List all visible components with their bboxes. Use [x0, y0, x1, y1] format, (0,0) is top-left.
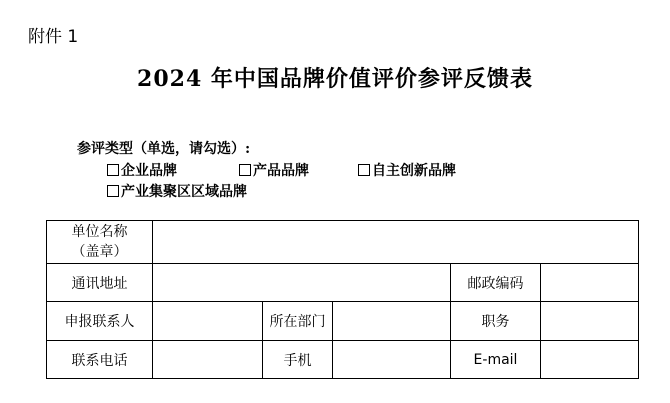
postcode-field[interactable] [541, 264, 639, 302]
phone-field[interactable] [153, 341, 263, 379]
email-label: E-mail [451, 341, 541, 379]
option-regional-brand[interactable]: 产业集聚区区域品牌 [107, 181, 247, 201]
option-enterprise-brand[interactable]: 企业品牌 [107, 160, 177, 180]
position-field[interactable] [541, 302, 639, 341]
option-label: 产业集聚区区域品牌 [121, 181, 247, 201]
page-title: 2024 年中国品牌价值评价参评反馈表 [0, 62, 670, 93]
contact-label: 申报联系人 [47, 302, 153, 341]
option-label: 自主创新品牌 [372, 160, 456, 180]
unit-name-label: 单位名称 （盖章） [47, 221, 153, 264]
option-innovation-brand[interactable]: 自主创新品牌 [358, 160, 456, 180]
participation-type-label: 参评类型（单选，请勾选）: [77, 138, 250, 158]
checkbox-icon[interactable] [239, 164, 251, 176]
unit-name-field[interactable] [153, 221, 639, 264]
email-field[interactable] [541, 341, 639, 379]
option-label: 企业品牌 [121, 160, 177, 180]
option-product-brand[interactable]: 产品品牌 [239, 160, 309, 180]
feedback-form-table: 单位名称 （盖章） 通讯地址 邮政编码 申报联系人 所在部门 职务 联系电话 手… [46, 220, 639, 379]
department-label: 所在部门 [263, 302, 333, 341]
position-label: 职务 [451, 302, 541, 341]
attachment-label: 附件 1 [28, 22, 78, 47]
phone-label: 联系电话 [47, 341, 153, 379]
department-field[interactable] [333, 302, 451, 341]
checkbox-icon[interactable] [107, 185, 119, 197]
contact-field[interactable] [153, 302, 263, 341]
mobile-field[interactable] [333, 341, 451, 379]
checkbox-icon[interactable] [107, 164, 119, 176]
option-label: 产品品牌 [253, 160, 309, 180]
mobile-label: 手机 [263, 341, 333, 379]
checkbox-icon[interactable] [358, 164, 370, 176]
address-label: 通讯地址 [47, 264, 153, 302]
address-field[interactable] [153, 264, 451, 302]
postcode-label: 邮政编码 [451, 264, 541, 302]
